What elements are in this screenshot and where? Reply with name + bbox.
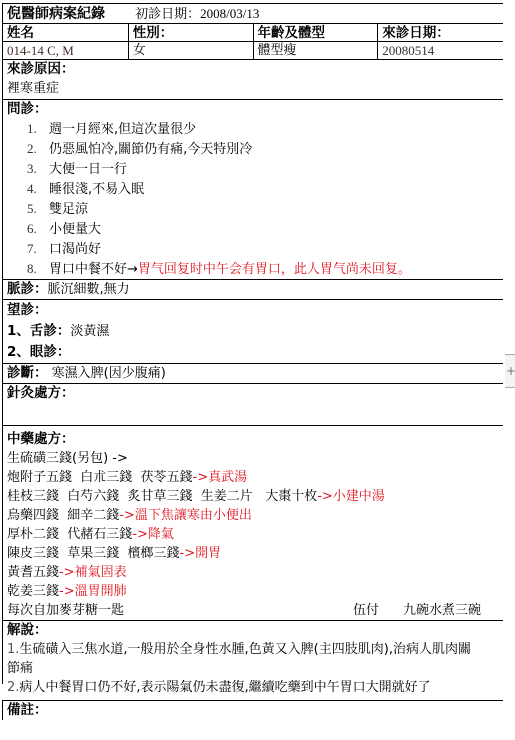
herb-line: 炮附子五錢 白朮三錢 茯苓五錢->真武湯: [3, 468, 503, 487]
item-number: 7.: [27, 239, 49, 259]
item-number: 4.: [27, 179, 49, 199]
patient-id: 014-14 C, M: [3, 42, 129, 59]
herb-line: 桂枝三錢 白芍六錢 炙甘草三錢 生姜二片 大棗十枚->小建中湯: [3, 487, 503, 506]
plus-icon: +: [506, 364, 515, 378]
acupuncture-label: 針灸處方：: [3, 384, 503, 403]
herb-list: 黃耆五錢: [7, 565, 59, 580]
inquiry-item: 1.週一月經來,但這次量很少: [3, 119, 503, 139]
remarks-label: 備註：: [3, 701, 503, 720]
herb-note: ->開胃: [180, 546, 222, 561]
item-annotation: 胃气回复时中午会有胃口，此人胃气尚未回复。: [138, 262, 411, 277]
herb-list: 烏藥四錢 細辛二錢: [7, 508, 119, 523]
item-text: 小便量大: [49, 222, 101, 237]
herb-note: ->小建中湯: [317, 489, 385, 504]
item-number: 1.: [7, 642, 19, 657]
pulse-section: 脈診：脈沉細數,無力: [2, 279, 503, 299]
explanation-item: 1.生硫磺入三焦水道,一般用於全身性水腫,色黃又入脾(主四肢肌肉),治病人肌肉關…: [3, 640, 503, 678]
item-text: 雙足涼: [49, 202, 88, 217]
header-age-build: 年齡及體型: [254, 24, 379, 41]
herb-list: 炮附子五錢 白朮三錢 茯苓五錢: [7, 470, 193, 485]
herb-additive: 每次自加麥芽糖一匙: [7, 601, 124, 620]
herb-decoction: 九碗水煮三碗: [403, 601, 481, 620]
record-title: 倪醫師病案紀錄: [7, 6, 105, 22]
inquiry-item: 7.口渴尚好: [3, 239, 503, 259]
record-header: 倪醫師病案紀錄 初診日期：2008/03/13: [2, 3, 503, 23]
item-text: 睡很淺,不易入眠: [49, 182, 144, 197]
diagnosis-section: 診斷： 寒濕入脾(因少腹痛): [2, 363, 503, 383]
tongue-value: 淡黃濕: [70, 324, 109, 339]
herb-note: ->補氣固表: [59, 565, 127, 580]
herbal-label: 中藥處方：: [3, 430, 503, 449]
inquiry-item: 4.睡很淺,不易入眠: [3, 179, 503, 199]
herbal-section: 中藥處方： 生硫磺三錢(另包) -> 炮附子五錢 白朮三錢 茯苓五錢->真武湯 …: [2, 425, 503, 620]
herb-line: 生硫磺三錢(另包) ->: [3, 449, 503, 468]
item-number: 1.: [27, 119, 49, 139]
explanation-item: 2.病人中餐胃口仍不好,表示陽氣仍未盡復,繼續吃藥到中午胃口大開就好了: [3, 678, 503, 697]
herb-final-line: 每次自加麥芽糖一匙 伍付 九碗水煮三碗: [3, 601, 503, 620]
item-number: 2.: [27, 139, 49, 159]
herb-note: ->溫胃開肺: [59, 584, 127, 599]
remarks-section: 備註：: [2, 700, 503, 720]
pulse-value: 脈沉細數,無力: [48, 282, 130, 297]
item-text: 口渴尚好: [49, 242, 101, 257]
item-number: 2.: [7, 680, 19, 695]
item-number: 6.: [27, 219, 49, 239]
herb-list: 乾姜三錢: [7, 584, 59, 599]
header-gender: 性別：: [129, 24, 254, 41]
medical-record-document: 倪醫師病案紀錄 初診日期：2008/03/13 姓名 性別： 年齡及體型 來診日…: [2, 3, 503, 720]
pulse-label: 脈診：: [7, 281, 48, 297]
visit-reason-value: 裡寒重症: [3, 79, 503, 99]
herb-list: 桂枝三錢 白芍六錢 炙甘草三錢 生姜二片 大棗十枚: [7, 489, 317, 504]
visit-reason-label: 來診原因：: [3, 60, 503, 79]
diagnosis-label: 診斷：: [7, 365, 48, 381]
explanation-label: 解說：: [3, 621, 503, 640]
item-text: 大便一日一行: [49, 162, 127, 177]
item-text: 仍惡風怕冷,關節仍有痛,今天特別冷: [49, 142, 252, 157]
inquiry-list: 1.週一月經來,但這次量很少 2.仍惡風怕冷,關節仍有痛,今天特別冷 3.大便一…: [3, 119, 503, 279]
item-text: 胃口中餐不好→: [49, 262, 138, 277]
herb-note: ->溫下焦讓寒由小便出: [119, 508, 252, 523]
inquiry-item: 8.胃口中餐不好→胃气回复时中午会有胃口，此人胃气尚未回复。: [3, 259, 503, 279]
header-visit-date: 來診日期：: [378, 24, 503, 41]
herb-line: 烏藥四錢 細辛二錢->溫下焦讓寒由小便出: [3, 506, 503, 525]
inquiry-item: 5.雙足涼: [3, 199, 503, 219]
diagnosis-value: 寒濕入脾(因少腹痛): [52, 366, 166, 381]
item-text: 生硫磺入三焦水道,一般用於全身性水腫,色黃又入脾(主四肢肌肉),治病人肌肉關節痛: [7, 642, 471, 676]
herb-line: 陳皮三錢 草果三錢 檳榔三錢->開胃: [3, 544, 503, 563]
eye-label: 2、眼診：: [3, 342, 503, 363]
inquiry-item: 3.大便一日一行: [3, 159, 503, 179]
herb-line: 厚朴二錢 代赭石三錢->降氣: [3, 525, 503, 544]
visit-date: 20080514: [378, 42, 503, 59]
herb-list: 陳皮三錢 草果三錢 檳榔三錢: [7, 546, 180, 561]
herb-line: 黃耆五錢->補氣固表: [3, 563, 503, 582]
first-visit-date: 初診日期：2008/03/13: [135, 7, 259, 22]
tongue-label: 1、舌診：: [7, 323, 70, 339]
first-visit-value: 2008/03/13: [200, 6, 259, 21]
observation-section: 望診： 1、舌診：淡黃濕 2、眼診：: [2, 299, 503, 363]
herb-line: 乾姜三錢->溫胃開肺: [3, 582, 503, 601]
info-table-values: 014-14 C, M 女 體型瘦 20080514: [2, 41, 503, 59]
patient-build: 體型瘦: [254, 42, 379, 59]
info-table-header: 姓名 性別： 年齡及體型 來診日期：: [2, 23, 503, 41]
inquiry-section: 問診： 1.週一月經來,但這次量很少 2.仍惡風怕冷,關節仍有痛,今天特別冷 3…: [2, 99, 503, 279]
item-number: 5.: [27, 199, 49, 219]
first-visit-label: 初診日期：: [135, 7, 200, 22]
herb-list: 厚朴二錢 代赭石三錢: [7, 527, 132, 542]
herb-note: ->真武湯: [193, 470, 248, 485]
item-number: 3.: [27, 159, 49, 179]
herb-doses: 伍付: [353, 601, 379, 620]
inquiry-label: 問診：: [3, 100, 503, 119]
explanation-section: 解說： 1.生硫磺入三焦水道,一般用於全身性水腫,色黃又入脾(主四肢肌肉),治病…: [2, 620, 503, 684]
observation-label: 望診：: [3, 300, 503, 320]
visit-reason-section: 來診原因： 裡寒重症: [2, 59, 503, 99]
item-text: 病人中餐胃口仍不好,表示陽氣仍未盡復,繼續吃藥到中午胃口大開就好了: [19, 680, 430, 695]
expand-button[interactable]: +: [505, 354, 515, 388]
item-number: 8.: [27, 259, 49, 279]
item-text: 週一月經來,但這次量很少: [49, 122, 196, 137]
herb-list: 生硫磺三錢(另包) ->: [7, 451, 128, 466]
acupuncture-section: 針灸處方：: [2, 383, 503, 425]
inquiry-item: 2.仍惡風怕冷,關節仍有痛,今天特別冷: [3, 139, 503, 159]
patient-gender: 女: [129, 42, 254, 59]
herb-note: ->降氣: [132, 527, 174, 542]
header-name: 姓名: [3, 24, 129, 41]
inquiry-item: 6.小便量大: [3, 219, 503, 239]
